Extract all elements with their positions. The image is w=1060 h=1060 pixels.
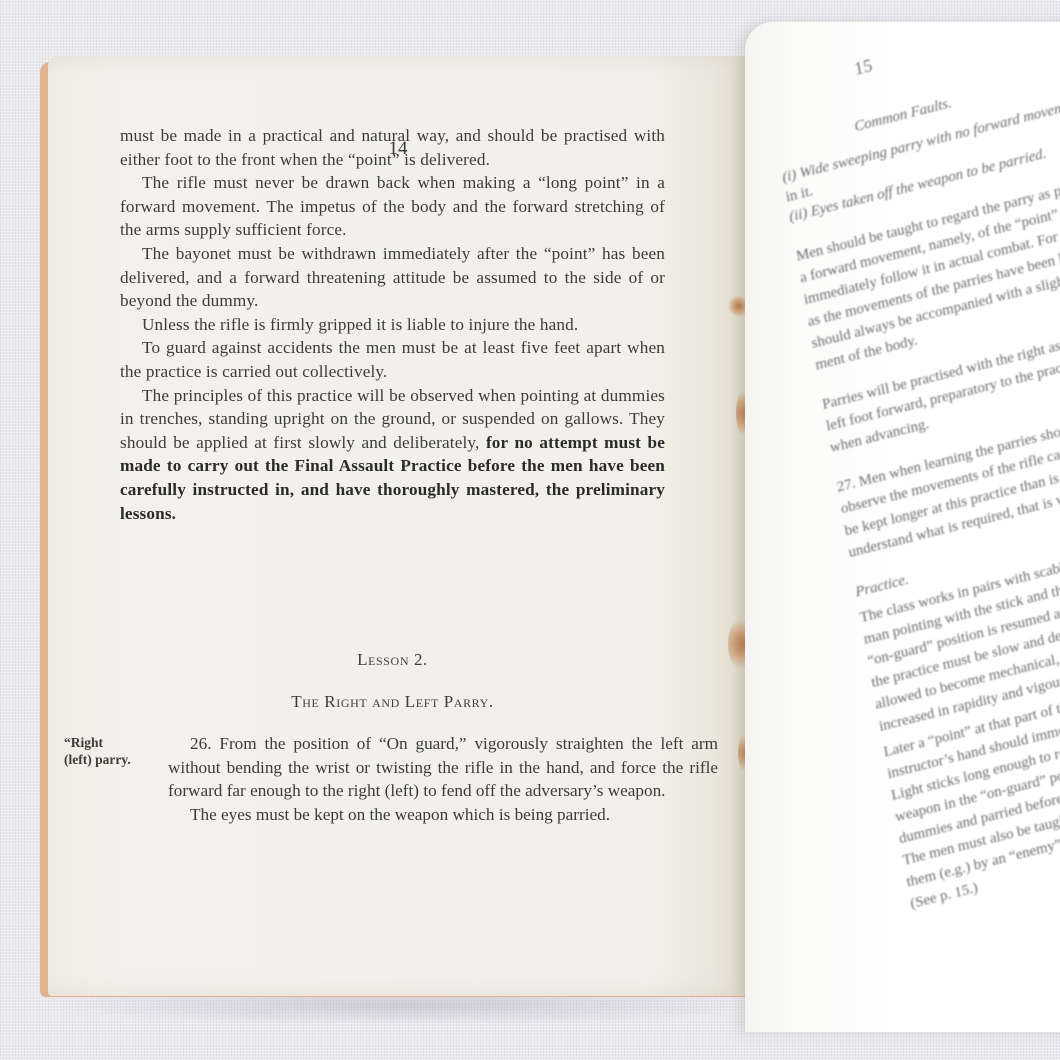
paragraph-26-text: 26. From the position of “On guard,” vig… xyxy=(168,732,718,803)
principles-paragraph: The principles of this practice will be … xyxy=(120,384,665,526)
paragraph: The bayonet must be withdrawn immediatel… xyxy=(120,242,665,313)
page-number-right: 15 xyxy=(853,55,874,80)
margin-note: “Right (left) parry. xyxy=(64,734,134,768)
right-page: 15 Common Faults. (i) Wide sweeping parr… xyxy=(745,22,1060,1032)
left-page-body: must be made in a practical and natural … xyxy=(120,124,665,525)
paragraph: To guard against accidents the men must … xyxy=(120,336,665,383)
lesson-subtitle: The Right and Left Parry. xyxy=(120,692,665,712)
right-page-text: 15 Common Faults. (i) Wide sweeping parr… xyxy=(755,22,1060,1019)
paragraph-26: 26. From the position of “On guard,” vig… xyxy=(168,732,718,826)
lesson-title: Lesson 2. xyxy=(120,650,665,670)
paragraph: must be made in a practical and natural … xyxy=(120,124,665,171)
right-page-line: Practice. xyxy=(854,572,910,602)
paragraph: The rifle must never be drawn back when … xyxy=(120,171,665,242)
paragraph: Unless the rifle is firmly gripped it is… xyxy=(120,313,665,337)
paragraph-26-followup: The eyes must be kept on the weapon whic… xyxy=(168,803,718,827)
